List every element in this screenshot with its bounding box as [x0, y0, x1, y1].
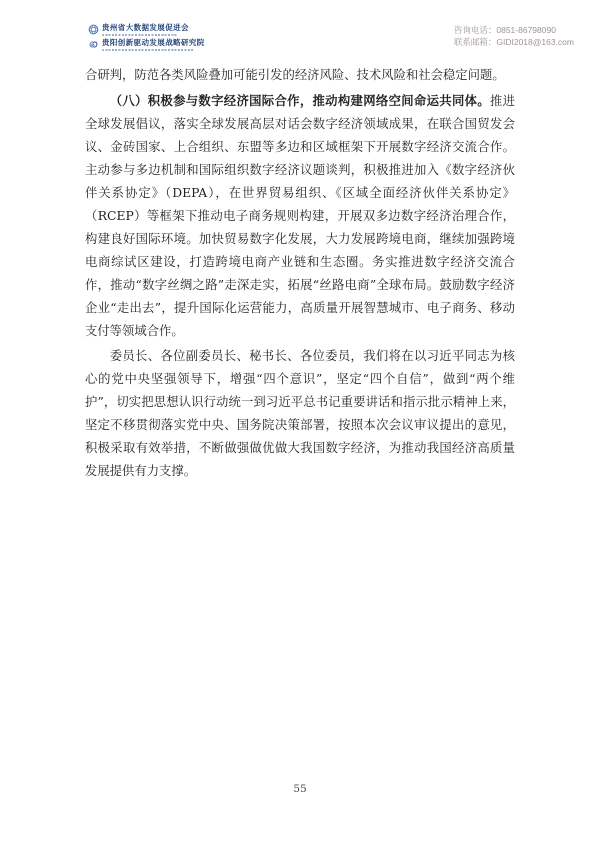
page-footer: 55	[0, 783, 600, 795]
logo-org1: 贵州省大数据发展促进会	[88, 24, 205, 36]
document-page: 贵州省大数据发展促进会 贵阳创新驱动发展战略研究院 咨询电话：0851-8679…	[0, 0, 600, 848]
contact-phone-line: 咨询电话：0851-86798090	[454, 24, 574, 36]
org2-name: 贵阳创新驱动发展战略研究院	[102, 39, 205, 47]
paragraph-text: 推进全球发展倡议，落实全球发展高层对话会数字经济领域成果，在联合国贸发会议、金砖…	[85, 94, 515, 338]
paragraph-closing: 委员长、各位副委员长、秘书长、各位委员，我们将在以习近平同志为核心的党中央坚强领…	[85, 345, 515, 483]
paragraph-continuation: 合研判，防范各类风险叠加可能引发的经济风险、技术风险和社会稳定问题。	[85, 64, 515, 87]
org2-text: 贵阳创新驱动发展战略研究院	[102, 39, 205, 51]
document-body: 合研判，防范各类风险叠加可能引发的经济风险、技术风险和社会稳定问题。 （八）积极…	[85, 64, 515, 483]
org1-english-microtext	[102, 34, 178, 37]
phone-label: 咨询电话：	[454, 25, 497, 35]
paragraph-text: 委员长、各位副委员长、秘书长、各位委员，我们将在以习近平同志为核心的党中央坚强领…	[85, 349, 515, 478]
paragraph-bold-lead: （八）积极参与数字经济国际合作，推动构建网络空间命运共同体。	[110, 93, 490, 108]
gidi-swirl-icon	[88, 39, 99, 50]
org1-name: 贵州省大数据发展促进会	[102, 24, 189, 32]
logo-org2: 贵阳创新驱动发展战略研究院	[88, 39, 205, 51]
logo-block: 贵州省大数据发展促进会 贵阳创新驱动发展战略研究院	[88, 24, 205, 51]
page-header: 贵州省大数据发展促进会 贵阳创新驱动发展战略研究院 咨询电话：0851-8679…	[88, 24, 574, 51]
page-number: 55	[293, 783, 306, 795]
email-address: GIDI2018@163.com	[496, 37, 574, 47]
phone-number: 0851-86798090	[496, 25, 556, 35]
association-globe-icon	[88, 24, 99, 35]
contact-info: 咨询电话：0851-86798090 联系邮箱：GIDI2018@163.com	[454, 24, 574, 48]
email-label: 联系邮箱：	[454, 37, 497, 47]
org1-text: 贵州省大数据发展促进会	[102, 24, 189, 36]
paragraph-text: 合研判，防范各类风险叠加可能引发的经济风险、技术风险和社会稳定问题。	[85, 68, 505, 82]
paragraph-section-8: （八）积极参与数字经济国际合作，推动构建网络空间命运共同体。推进全球发展倡议，落…	[85, 89, 515, 343]
org2-english-microtext	[102, 49, 194, 52]
contact-email-line: 联系邮箱：GIDI2018@163.com	[454, 36, 574, 48]
